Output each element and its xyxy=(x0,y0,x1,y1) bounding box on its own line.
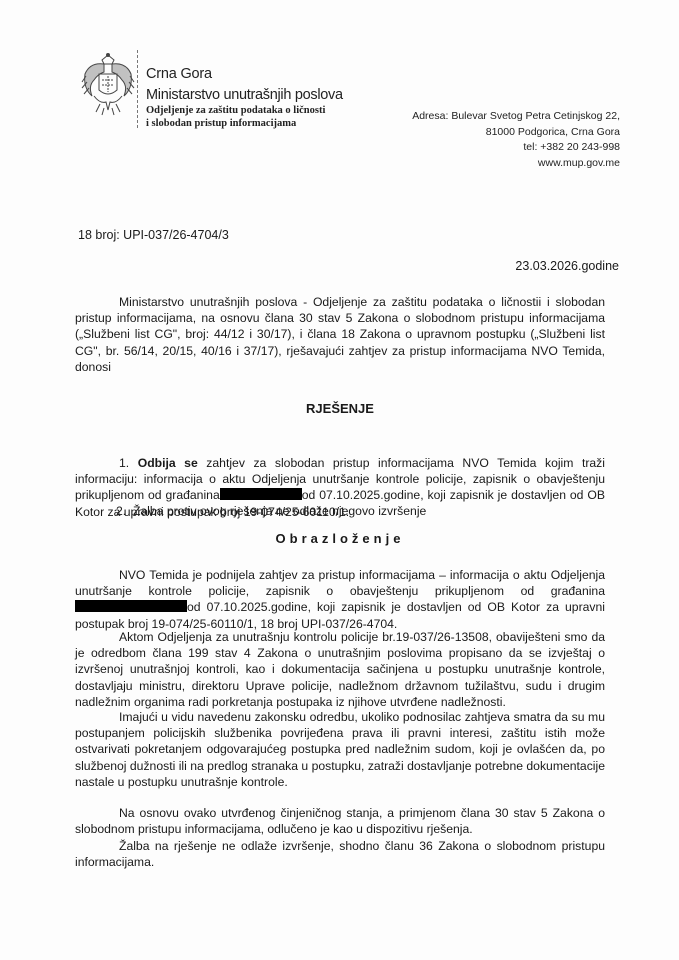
reasoning-title: Obrazloženje xyxy=(75,531,605,546)
header-department: Odjeljenje za zaštitu podataka o ličnost… xyxy=(146,104,325,130)
address-city: 81000 Podgorica, Crna Gora xyxy=(412,125,620,141)
reasoning-paragraph-3: Imajući u vidu navedenu zakonsku odredbu… xyxy=(75,709,605,790)
decision-title: RJEŠENJE xyxy=(75,401,605,416)
department-line-1: Odjeljenje za zaštitu podataka o ličnost… xyxy=(146,104,325,117)
reasoning-paragraph-1: NVO Temida je podnijela zahtjev za prist… xyxy=(75,567,605,632)
address-street: Adresa: Bulevar Svetog Petra Cetinjskog … xyxy=(412,109,620,125)
decision-item-2: 2. Žalba protiv ovog rješenja ne odlaže … xyxy=(116,503,596,519)
reasoning-paragraph-4: Na osnovu ovako utvrđenog činjeničnog st… xyxy=(75,805,605,837)
department-line-2: i slobodan pristup informacijama xyxy=(146,117,325,130)
redaction-block xyxy=(220,488,302,500)
redaction-block xyxy=(75,600,187,612)
reasoning-paragraph-5: Žalba na rješenje ne odlaže izvršenje, s… xyxy=(75,838,605,870)
header-ministry: Ministarstvo unutrašnjih poslova xyxy=(146,87,343,103)
item-1-number: 1. xyxy=(119,456,129,470)
address-website: www.mup.gov.me xyxy=(412,156,620,172)
address-block: Adresa: Bulevar Svetog Petra Cetinjskog … xyxy=(412,109,620,171)
document-date: 23.03.2026.godine xyxy=(515,259,619,273)
item-1-bold: Odbija se xyxy=(138,456,198,470)
coat-of-arms-icon xyxy=(80,52,136,118)
reasoning-p1-text: NVO Temida je podnijela zahtjev za prist… xyxy=(75,568,605,598)
intro-paragraph: Ministarstvo unutrašnjih poslova - Odjel… xyxy=(75,294,605,375)
document-page: Crna Gora Ministarstvo unutrašnjih poslo… xyxy=(0,0,679,960)
item-2-text: Žalba protiv ovog rješenja ne odlaže nje… xyxy=(133,504,426,518)
reference-number: 18 broj: UPI-037/26-4704/3 xyxy=(78,228,229,242)
item-2-number: 2. xyxy=(116,504,126,518)
header-country: Crna Gora xyxy=(146,66,212,82)
address-phone: tel: +382 20 243-998 xyxy=(412,140,620,156)
header-divider xyxy=(137,50,138,130)
reasoning-paragraph-2: Aktom Odjeljenja za unutrašnju kontrolu … xyxy=(75,629,605,710)
